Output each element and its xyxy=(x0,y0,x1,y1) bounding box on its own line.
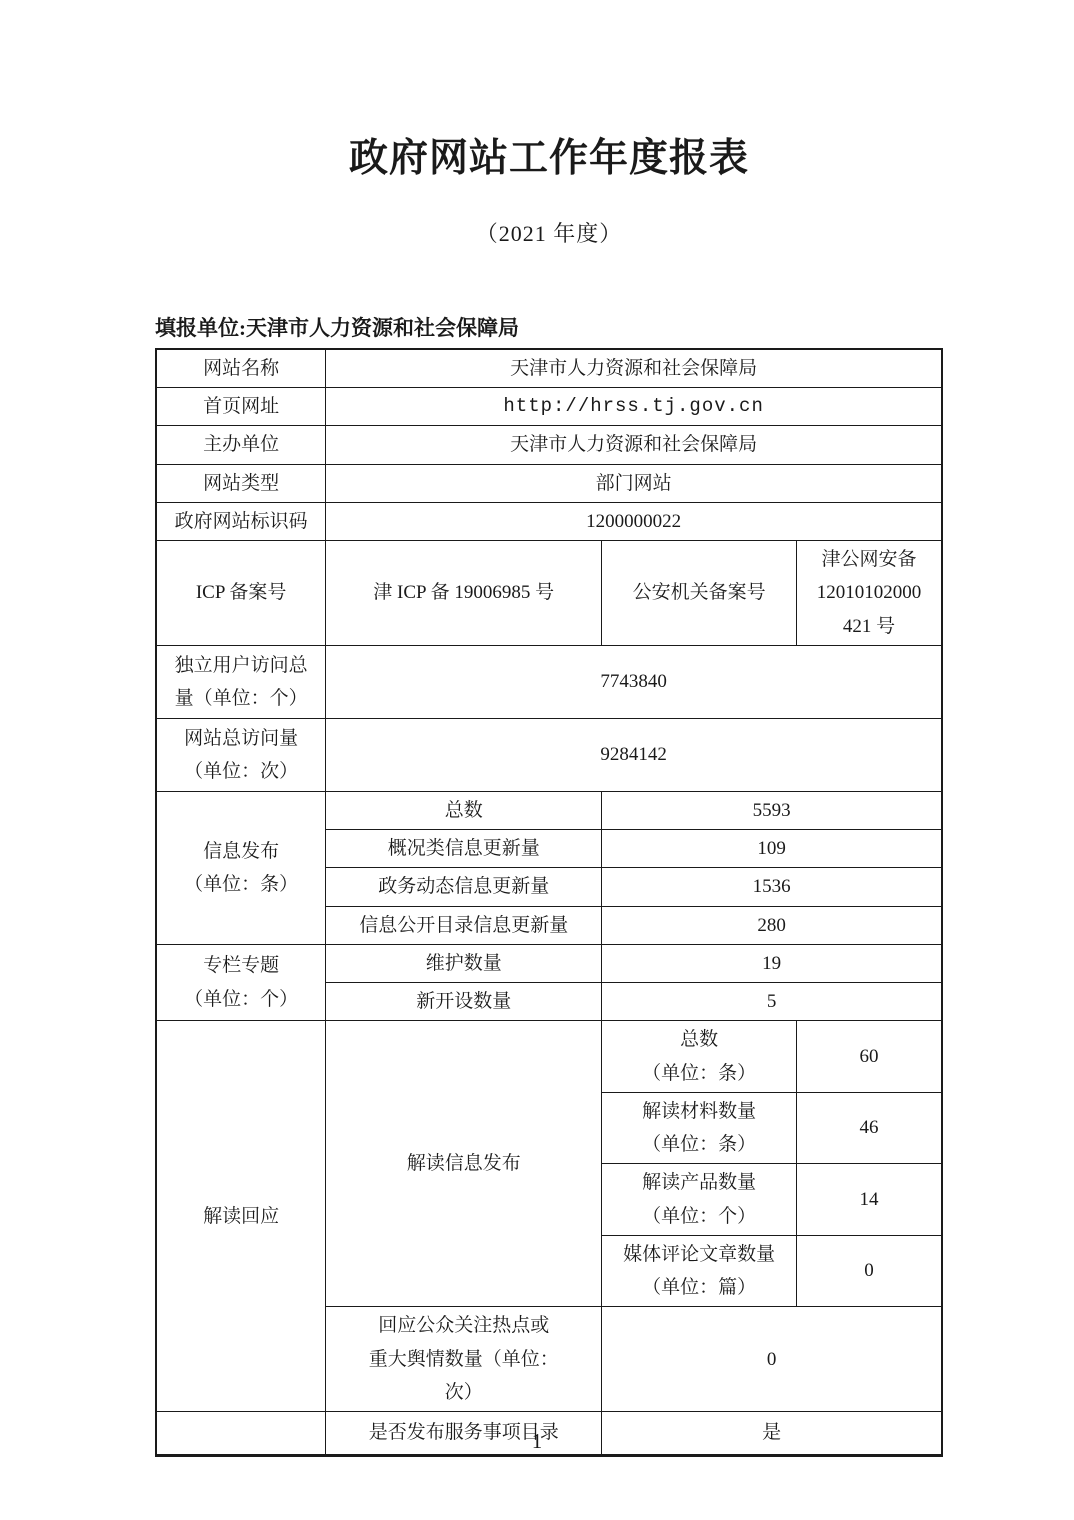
page-number: 1 xyxy=(0,1429,1074,1454)
label-info-total: 总数 xyxy=(326,791,602,829)
value-gov-news-updates: 1536 xyxy=(602,868,942,906)
group-label-interpretation: 解读回应 xyxy=(156,1021,326,1412)
value-police-filing: 津公网安备 12010102000 421 号 xyxy=(797,541,942,646)
table-row: ICP 备案号 津 ICP 备 19006985 号 公安机关备案号 津公网安备… xyxy=(156,541,942,646)
value-overview-updates: 109 xyxy=(602,830,942,868)
table-row: 首页网址 http://hrss.tj.gov.cn xyxy=(156,388,942,426)
table-row: 网站名称 天津市人力资源和社会保障局 xyxy=(156,349,942,388)
report-document: 政府网站工作年度报表 （2021 年度） 填报单位:天津市人力资源和社会保障局 … xyxy=(155,0,943,1457)
label-newly-opened-count: 新开设数量 xyxy=(326,983,602,1021)
value-media-comments: 0 xyxy=(797,1235,942,1307)
value-interp-products: 14 xyxy=(797,1164,942,1236)
value-site-type: 部门网站 xyxy=(326,464,942,502)
value-hotspot-response: 0 xyxy=(602,1307,942,1412)
table-row: 解读回应 解读信息发布 总数 （单位：条） 60 xyxy=(156,1021,942,1093)
label-hotspot-response: 回应公众关注热点或 重大舆情数量（单位： 次） xyxy=(326,1307,602,1412)
table-row: 主办单位 天津市人力资源和社会保障局 xyxy=(156,426,942,464)
group-label-info-publish: 信息发布 （单位：条） xyxy=(156,791,326,944)
label-interp-materials: 解读材料数量 （单位：条） xyxy=(602,1092,797,1164)
table-row: 网站类型 部门网站 xyxy=(156,464,942,502)
table-row: 网站总访问量 （单位：次） 9284142 xyxy=(156,718,942,791)
value-interp-materials: 46 xyxy=(797,1092,942,1164)
label-total-visits: 网站总访问量 （单位：次） xyxy=(156,718,326,791)
label-host-unit: 主办单位 xyxy=(156,426,326,464)
value-site-name: 天津市人力资源和社会保障局 xyxy=(326,349,942,388)
label-police-filing: 公安机关备案号 xyxy=(602,541,797,646)
label-unique-visitors: 独立用户访问总 量（单位：个） xyxy=(156,645,326,718)
value-interp-total: 60 xyxy=(797,1021,942,1093)
table-row: 信息发布 （单位：条） 总数 5593 xyxy=(156,791,942,829)
label-maintained-count: 维护数量 xyxy=(326,944,602,982)
page-title: 政府网站工作年度报表 xyxy=(155,0,943,183)
filing-unit-line: 填报单位:天津市人力资源和社会保障局 xyxy=(155,312,943,342)
label-gov-news-updates: 政务动态信息更新量 xyxy=(326,868,602,906)
table-row: 政府网站标识码 1200000022 xyxy=(156,502,942,540)
value-icp-number: 津 ICP 备 19006985 号 xyxy=(326,541,602,646)
value-info-total: 5593 xyxy=(602,791,942,829)
document-page: { "doc": { "title": "政府网站工作年度报表", "subti… xyxy=(0,0,1074,1520)
value-disclosure-updates: 280 xyxy=(602,906,942,944)
value-newly-opened-count: 5 xyxy=(602,983,942,1021)
value-home-url: http://hrss.tj.gov.cn xyxy=(326,388,942,426)
label-media-comments: 媒体评论文章数量 （单位：篇） xyxy=(602,1235,797,1307)
value-unique-visitors: 7743840 xyxy=(326,645,942,718)
table-row: 独立用户访问总 量（单位：个） 7743840 xyxy=(156,645,942,718)
page-subtitle: （2021 年度） xyxy=(155,217,943,248)
annual-report-table: 网站名称 天津市人力资源和社会保障局 首页网址 http://hrss.tj.g… xyxy=(155,348,943,1457)
label-disclosure-updates: 信息公开目录信息更新量 xyxy=(326,906,602,944)
label-overview-updates: 概况类信息更新量 xyxy=(326,830,602,868)
label-site-type: 网站类型 xyxy=(156,464,326,502)
label-home-url: 首页网址 xyxy=(156,388,326,426)
value-site-code: 1200000022 xyxy=(326,502,942,540)
value-host-unit: 天津市人力资源和社会保障局 xyxy=(326,426,942,464)
table-row: 专栏专题 （单位：个） 维护数量 19 xyxy=(156,944,942,982)
label-interp-total: 总数 （单位：条） xyxy=(602,1021,797,1093)
label-icp-number: ICP 备案号 xyxy=(156,541,326,646)
value-total-visits: 9284142 xyxy=(326,718,942,791)
value-maintained-count: 19 xyxy=(602,944,942,982)
label-site-code: 政府网站标识码 xyxy=(156,502,326,540)
group-label-special-columns: 专栏专题 （单位：个） xyxy=(156,944,326,1021)
group-label-interpretation-publish: 解读信息发布 xyxy=(326,1021,602,1307)
label-site-name: 网站名称 xyxy=(156,349,326,388)
label-interp-products: 解读产品数量 （单位：个） xyxy=(602,1164,797,1236)
